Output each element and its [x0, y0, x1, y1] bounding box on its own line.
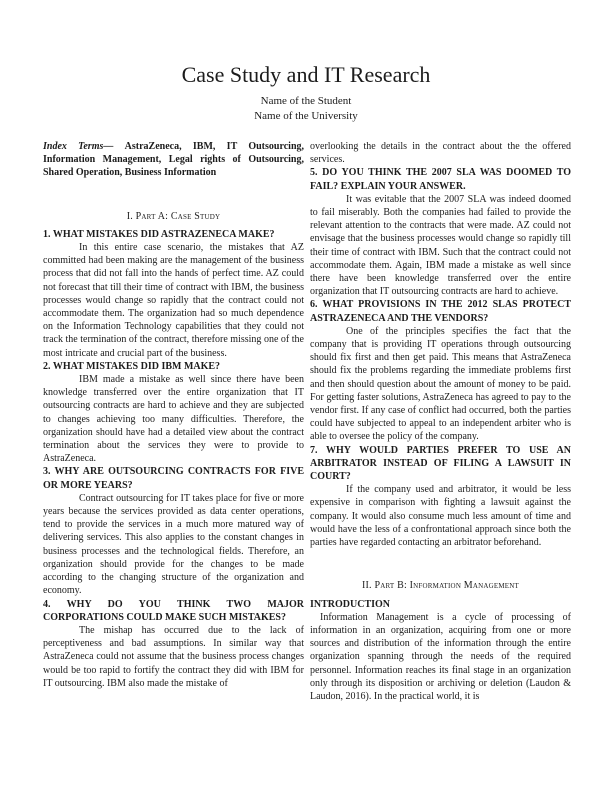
section-heading: I. Part A: Case Study	[43, 210, 304, 223]
author-name: Name of the Student	[0, 94, 612, 109]
title-block: Case Study and IT Research Name of the S…	[0, 62, 612, 124]
question: 6. WHAT PROVISIONS IN THE 2012 SLAS PROT…	[310, 298, 571, 324]
index-terms-label: Index Terms—	[43, 141, 125, 152]
para: In this entire case scenario, the mistak…	[43, 241, 304, 360]
page-title: Case Study and IT Research	[0, 62, 612, 88]
university-name: Name of the University	[0, 109, 612, 124]
para: IBM made a mistake as well since there h…	[43, 373, 304, 465]
para: The mishap has occurred due to the lack …	[43, 624, 304, 690]
question: 1. WHAT MISTAKES DID ASTRAZENECA MAKE?	[43, 228, 304, 241]
question: 3. WHY ARE OUTSOURCING CONTRACTS FOR FIV…	[43, 465, 304, 491]
para: overlooking the details in the contract …	[310, 140, 571, 166]
para: Information Management is a cycle of pro…	[310, 611, 571, 703]
document-page: Case Study and IT Research Name of the S…	[0, 0, 612, 792]
para: One of the principles specifies the fact…	[310, 325, 571, 444]
section-heading: II. Part B: Information Management	[310, 579, 571, 592]
left-column: Index Terms— AstraZeneca, IBM, IT Outsou…	[43, 140, 304, 690]
subheading: INTRODUCTION	[310, 598, 571, 611]
para: It was evitable that the 2007 SLA was in…	[310, 193, 571, 299]
index-terms: Index Terms— AstraZeneca, IBM, IT Outsou…	[43, 140, 304, 180]
para: Contract outsourcing for IT takes place …	[43, 492, 304, 598]
right-column: overlooking the details in the contract …	[310, 140, 571, 703]
question: 2. WHAT MISTAKES DID IBM MAKE?	[43, 360, 304, 373]
question: 4. WHY DO YOU THINK TWO MAJOR CORPORATIO…	[43, 598, 304, 624]
para: If the company used and arbitrator, it w…	[310, 483, 571, 549]
question: 7. WHY WOULD PARTIES PREFER TO USE AN AR…	[310, 444, 571, 484]
question: 5. DO YOU THINK THE 2007 SLA WAS DOOMED …	[310, 166, 571, 192]
